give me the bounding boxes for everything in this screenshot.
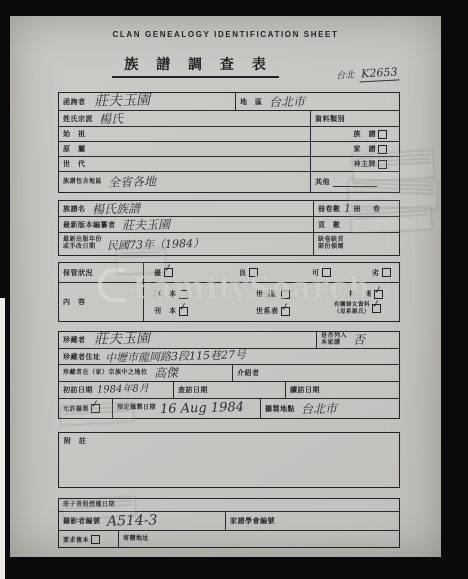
- checkbox-icon: ✓: [281, 290, 290, 299]
- holder-address-field: 珍藏者住址 中壢市龍岡路3段115巷27号: [59, 349, 399, 364]
- material-type-header: 資料類別: [311, 111, 399, 126]
- material-type-label: 資料類別: [315, 114, 345, 124]
- checkbox-label: 寫 本: [154, 289, 177, 299]
- coverage-label: 族譜包含地區: [63, 179, 102, 186]
- holder-position-label: 珍藏者在（家）宗族中之地位: [63, 370, 148, 377]
- missing-pages-label: 缺卷缺頁 部份損壞: [318, 237, 344, 251]
- genealogy-title-table: 族譜名 楊氏族譜 冊卷數 1 冊 卷 最新版本編纂者 莊夫玉園 頁 數 最新出版…: [58, 200, 400, 256]
- form-row: 珍藏者在（家）宗族中之地位 高傑 介紹者: [59, 365, 399, 382]
- checkbox-icon: ✓: [249, 268, 258, 277]
- holder-position-value-handwritten: 高傑: [153, 367, 177, 380]
- form-row: 附 註: [59, 433, 399, 487]
- coverage-field: 族譜包含地區 全省各地: [59, 172, 311, 192]
- check-mark: ✓: [371, 298, 381, 310]
- surname-value-handwritten: 楊氏: [99, 112, 123, 125]
- generations-field: 世 代: [59, 157, 311, 171]
- stamp-overlay: [116, 247, 167, 275]
- checkbox-manuscript[interactable]: 寫 本 ✓: [154, 289, 188, 299]
- checkbox-label: 插 圖: [349, 289, 372, 299]
- checkbox-poor[interactable]: 劣 ✓: [372, 268, 391, 278]
- document-title-zh: 族 譜 調 查 表: [112, 54, 279, 78]
- form-row: 初訪日期 1984年8月 查訪日期 續訪日期: [59, 382, 399, 399]
- checkbox-fair[interactable]: 可 ✓: [312, 268, 331, 278]
- missing-pages-label-line2: 部份損壞: [318, 244, 344, 251]
- checkbox-pedigree-chart[interactable]: 世系圖 ✓: [256, 289, 290, 299]
- area-value-handwritten: 台北市: [268, 95, 304, 108]
- publication-date-label-line1: 最新出版年份: [63, 237, 102, 244]
- checkbox-icon: ✓: [179, 290, 188, 299]
- listed-label-line1: 是否列入: [321, 333, 347, 340]
- checkbox-icon: ✓: [179, 307, 188, 316]
- form-row: 原 屬 家 譜 ✓: [59, 142, 399, 157]
- listed-value-handwritten: 否: [353, 334, 365, 346]
- checkbox-label: 刊 本: [154, 306, 177, 316]
- condition-options: 優 ✓ 良 ✓ 可 ✓ 劣 ✓: [144, 263, 399, 282]
- other-label: 其他: [315, 177, 330, 187]
- checkbox-label: 良: [239, 268, 247, 278]
- form-row: 最新出版年份 或手改日期 民國73年（1984） 缺卷缺頁 部份損壞: [59, 233, 399, 255]
- revisit-date-label: 續訪日期: [290, 385, 320, 395]
- publication-date-label-line2: 或手改日期: [63, 244, 102, 251]
- document-title-zh-wrap: 族 譜 調 查 表: [10, 54, 381, 78]
- copy-request-field: 要求複本 ✓: [59, 531, 119, 547]
- holder-field: 珍藏者 莊夫玉園: [59, 332, 317, 348]
- holder-address-label: 珍藏者住址: [63, 352, 101, 362]
- notes-label: 附 註: [64, 436, 87, 446]
- generations-label: 世 代: [63, 159, 86, 169]
- listed-in-genealogy-label: 是否列入 本家譜: [321, 333, 347, 347]
- checkbox-label-line2: （母系親氏）: [334, 309, 370, 316]
- form-sheet: CLAN GENEALOGY IDENTIFICATION SHEET 族 譜 …: [10, 16, 441, 557]
- holder-address-value-handwritten: 中壢市龍岡路3段115巷27号: [104, 349, 245, 364]
- introducer-label: 介紹者: [237, 368, 260, 378]
- checkbox-label: 可: [312, 268, 320, 278]
- publication-date-label: 最新出版年份 或手改日期: [63, 237, 102, 251]
- surname-label: 姓氏宗派: [63, 114, 93, 124]
- holder-label: 珍藏者: [63, 335, 86, 345]
- checkbox-label: 世系表: [256, 306, 279, 316]
- surname-field: 姓氏宗派 楊氏: [59, 111, 311, 126]
- first-ancestor-label: 始 祖: [63, 129, 86, 139]
- compiler-value-handwritten: 莊夫玉園: [121, 218, 169, 231]
- form-row: 函詢者 莊夫玉園 地 區 台北市: [59, 93, 399, 111]
- checkbox-label: 世系圖: [256, 289, 279, 299]
- compiler-label: 最新版本編纂者: [63, 220, 116, 230]
- contents-label: 內 容: [63, 297, 86, 307]
- checkbox-women-records[interactable]: 有關婦女資料 （母系親氏） ✓: [334, 302, 381, 315]
- inquirer-label: 函詢者: [63, 97, 86, 107]
- checkbox-label: 要求複本: [63, 535, 89, 544]
- stamp-overlay: [349, 206, 432, 234]
- form-row: 最新版本編纂者 莊夫玉園 頁 數: [59, 217, 399, 233]
- notes-table: 附 註: [58, 432, 400, 488]
- stamp-overlay: [348, 178, 439, 209]
- clan-genealogy-option: 族 譜 ✓: [311, 127, 399, 141]
- checkbox-women-label: 有關婦女資料 （母系親氏）: [334, 302, 370, 315]
- missing-pages-label-line1: 缺卷缺頁: [318, 237, 344, 244]
- society-number-field: 家譜學會編號: [226, 512, 399, 530]
- notes-field: 附 註: [59, 433, 399, 487]
- form-row: 姓氏宗派 楊氏 資料類別: [59, 111, 399, 127]
- visit-date-field: 查訪日期: [174, 382, 286, 398]
- film-edge-sliver: [0, 298, 5, 579]
- area-label: 地 區: [240, 97, 263, 107]
- catalog-prefix: 台北: [336, 71, 355, 82]
- inquirer-value-handwritten: 莊夫玉園: [93, 93, 149, 108]
- checkbox-pedigree-table[interactable]: 世系表 ✓: [256, 306, 290, 316]
- missing-pages-field: 缺卷缺頁 部份損壞: [314, 233, 399, 255]
- coverage-value-handwritten: 全省各地: [108, 175, 156, 188]
- check-mark: ✓: [178, 301, 188, 313]
- planned-filming-date-field: 預定攝製日期 16 Aug 1984: [113, 399, 261, 418]
- listed-in-genealogy-field: 是否列入 本家譜 否: [317, 332, 399, 348]
- catalog-number: 台北 K2653: [336, 60, 400, 82]
- filming-location-value-handwritten: 台北市: [301, 402, 337, 415]
- send-address-field: 寄贈地址: [119, 531, 399, 547]
- catalog-value: K2653: [359, 65, 400, 82]
- first-visit-field: 初訪日期 1984年8月: [59, 382, 174, 398]
- check-mark: ✓: [280, 301, 290, 313]
- revisit-date-field: 續訪日期: [286, 382, 399, 398]
- stamp-overlay: [62, 496, 137, 520]
- form-row: 內 容 寫 本 ✓ 世系圖 ✓ 插 圖 ✓ 刊 本 ✓: [59, 283, 399, 321]
- compiler-field: 最新版本編纂者 莊夫玉園: [59, 217, 314, 232]
- form-row: 珍藏者 莊夫玉園 是否列入 本家譜 否: [59, 332, 399, 349]
- checkbox-icon: ✓: [374, 290, 383, 299]
- holder-value-handwritten: 莊夫玉園: [93, 331, 149, 346]
- checkbox-icon: ✓: [322, 268, 331, 277]
- genealogy-name-field: 族譜名 楊氏族譜: [59, 201, 314, 216]
- planned-filming-date-value-handwritten: 16 Aug 1984: [160, 401, 244, 416]
- checkbox-icon: ✓: [378, 130, 387, 139]
- publication-date-field: 最新出版年份 或手改日期 民國73年（1984）: [59, 233, 314, 255]
- filming-location-field: 攝製地點 台北市: [261, 399, 399, 418]
- checkbox-icon: ✓: [372, 304, 381, 313]
- form-row: 要求複本 ✓ 寄贈地址: [59, 531, 399, 547]
- checkbox-icon: ✓: [91, 535, 100, 544]
- inquirer-field: 函詢者 莊夫玉園: [59, 93, 236, 110]
- condition-label: 保管狀況: [63, 268, 93, 278]
- checkbox-clan-genealogy[interactable]: 族 譜 ✓: [354, 129, 388, 139]
- checkbox-label: 劣: [372, 268, 380, 278]
- origin-field: 原 屬: [59, 142, 311, 156]
- genealogy-name-label: 族譜名: [63, 204, 86, 214]
- listed-label-line2: 本家譜: [321, 340, 347, 347]
- document-title-en: CLAN GENEALOGY IDENTIFICATION SHEET: [10, 30, 441, 39]
- first-visit-value-handwritten: 1984年8月: [97, 384, 149, 395]
- form-row: 保管狀況 優 ✓ 良 ✓ 可 ✓ 劣 ✓: [59, 263, 399, 283]
- visit-date-label: 查訪日期: [178, 385, 208, 395]
- holder-position-field: 珍藏者在（家）宗族中之地位 高傑: [59, 365, 233, 381]
- first-ancestor-field: 始 祖: [59, 127, 311, 141]
- checkbox-illustrations[interactable]: 插 圖 ✓: [349, 289, 383, 299]
- microfilm-frame: { "catalog": { "prefix": "台北", "number":…: [0, 0, 468, 579]
- stamp-overlay: [351, 150, 434, 182]
- send-address-label: 寄贈地址: [123, 536, 149, 543]
- first-visit-label: 初訪日期: [63, 385, 93, 395]
- origin-label: 原 屬: [63, 144, 86, 154]
- pages-label: 頁 數: [318, 220, 341, 230]
- area-field: 地 區 台北市: [236, 93, 399, 110]
- contents-options: 寫 本 ✓ 世系圖 ✓ 插 圖 ✓ 刊 本 ✓ 世系表 ✓: [144, 283, 399, 321]
- form-row: 世 代 神主牌 ✓: [59, 157, 399, 172]
- introducer-field: 介紹者: [233, 365, 399, 381]
- form-row: 珍藏者住址 中壢市龍岡路3段115巷27号: [59, 349, 399, 365]
- checkbox-icon: ✓: [281, 307, 290, 316]
- checkbox-icon: ✓: [382, 268, 391, 277]
- volume-count-label: 冊卷數: [318, 204, 341, 214]
- checkbox-printed-edition[interactable]: 刊 本 ✓: [154, 306, 188, 316]
- checkbox-label: 族 譜: [354, 129, 377, 139]
- form-row: 始 祖 族 譜 ✓: [59, 127, 399, 142]
- check-mark: ✓: [373, 284, 383, 296]
- genealogy-name-value-handwritten: 楊氏族譜: [91, 202, 139, 215]
- stamp-overlay: [60, 402, 135, 426]
- contents-field: 內 容: [59, 283, 144, 321]
- society-number-label: 家譜學會編號: [230, 516, 275, 526]
- filming-location-label: 攝製地點: [265, 404, 295, 414]
- checkbox-good[interactable]: 良 ✓: [239, 268, 258, 278]
- condition-table: 保管狀況 優 ✓ 良 ✓ 可 ✓ 劣 ✓: [58, 262, 400, 322]
- checkbox-copy-requested[interactable]: 要求複本 ✓: [63, 535, 100, 544]
